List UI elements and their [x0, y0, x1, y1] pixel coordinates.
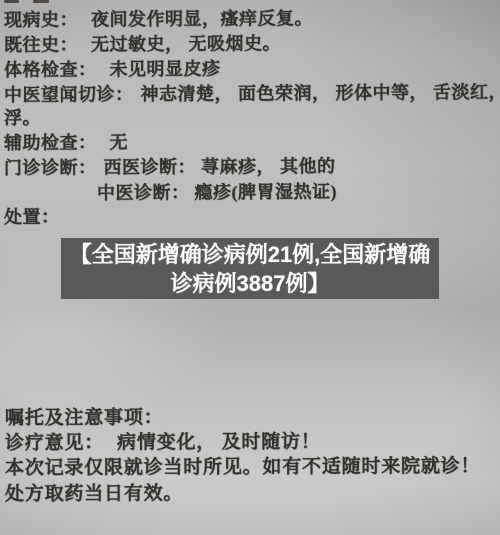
field-value: 未见明显皮疹	[109, 59, 220, 80]
field-tcm-inspection: 中医望闻切诊：神志清楚， 面色荣润， 形体中等， 舌淡红，	[4, 78, 500, 107]
field-value: 处方取药当日有效。	[5, 483, 183, 505]
treatment-advice-line: 诊疗意见：病情变化， 及时随访！	[5, 427, 321, 455]
field-label: 体格检查：	[4, 59, 97, 80]
field-label: 既往史：	[4, 35, 78, 55]
field-value: 本次记录仅限就诊当时所见。如有不适随时来院就诊！	[5, 456, 480, 479]
field-label: 处置：	[4, 207, 60, 227]
field-value: 中医诊断： 瘾疹(脾胃湿热证)	[97, 182, 337, 203]
field-value: 病情变化， 及时随访！	[117, 432, 321, 454]
cropped-text-fragment	[4, 0, 19, 3]
field-value: 西医诊断： 荨麻疹， 其他的	[103, 156, 335, 177]
news-caption-text: 【全国新增确诊病例21例,全国新增确诊病例3887例】	[70, 242, 431, 296]
cropped-text-fragment	[33, 0, 49, 3]
field-past-history: 既往史：无过敏史， 无吸烟史。	[4, 29, 281, 57]
disclaimer-line: 本次记录仅限就诊当时所见。如有不适随时来院就诊！	[5, 451, 480, 480]
field-value: 神志清楚， 面色荣润， 形体中等， 舌淡红，	[140, 82, 500, 104]
field-value: 无	[109, 132, 128, 152]
notes-heading: 嘱托及注意事项：	[5, 402, 177, 430]
medical-record-photo: 现病史：夜间发作明显，瘙痒反复。 既往史：无过敏史， 无吸烟史。 体格检查：未见…	[0, 0, 500, 535]
field-disposition: 处置：	[4, 203, 73, 229]
field-tcm-diagnosis: 中医诊断： 瘾疹(脾胃湿热证)	[97, 178, 337, 205]
news-caption-banner: 【全国新增确诊病例21例,全国新增确诊病例3887例】	[61, 238, 439, 299]
field-label: 嘱托及注意事项：	[5, 407, 163, 429]
field-label: 现病史：	[4, 10, 78, 30]
field-label: 诊疗意见：	[5, 433, 104, 454]
field-value: 无过敏史， 无吸烟史。	[91, 33, 281, 54]
field-physical-exam: 体格检查：未见明显皮疹	[4, 55, 221, 82]
field-outpatient-diagnosis: 门诊诊断：西医诊断： 荨麻疹， 其他的	[4, 152, 336, 180]
prescription-validity-line: 处方取药当日有效。	[5, 478, 183, 506]
field-value: 夜间发作明显，瘙痒反复。	[91, 8, 313, 29]
field-label: 辅助检查：	[4, 132, 97, 153]
field-present-illness: 现病史：夜间发作明显，瘙痒反复。	[4, 4, 313, 32]
field-label: 门诊诊断：	[4, 157, 97, 178]
field-label: 中医望闻切诊：	[4, 84, 134, 105]
field-value: 浮。	[4, 108, 41, 128]
field-auxiliary-exam: 辅助检查：无	[4, 128, 128, 155]
field-tcm-inspection-wrap: 浮。	[4, 104, 41, 130]
